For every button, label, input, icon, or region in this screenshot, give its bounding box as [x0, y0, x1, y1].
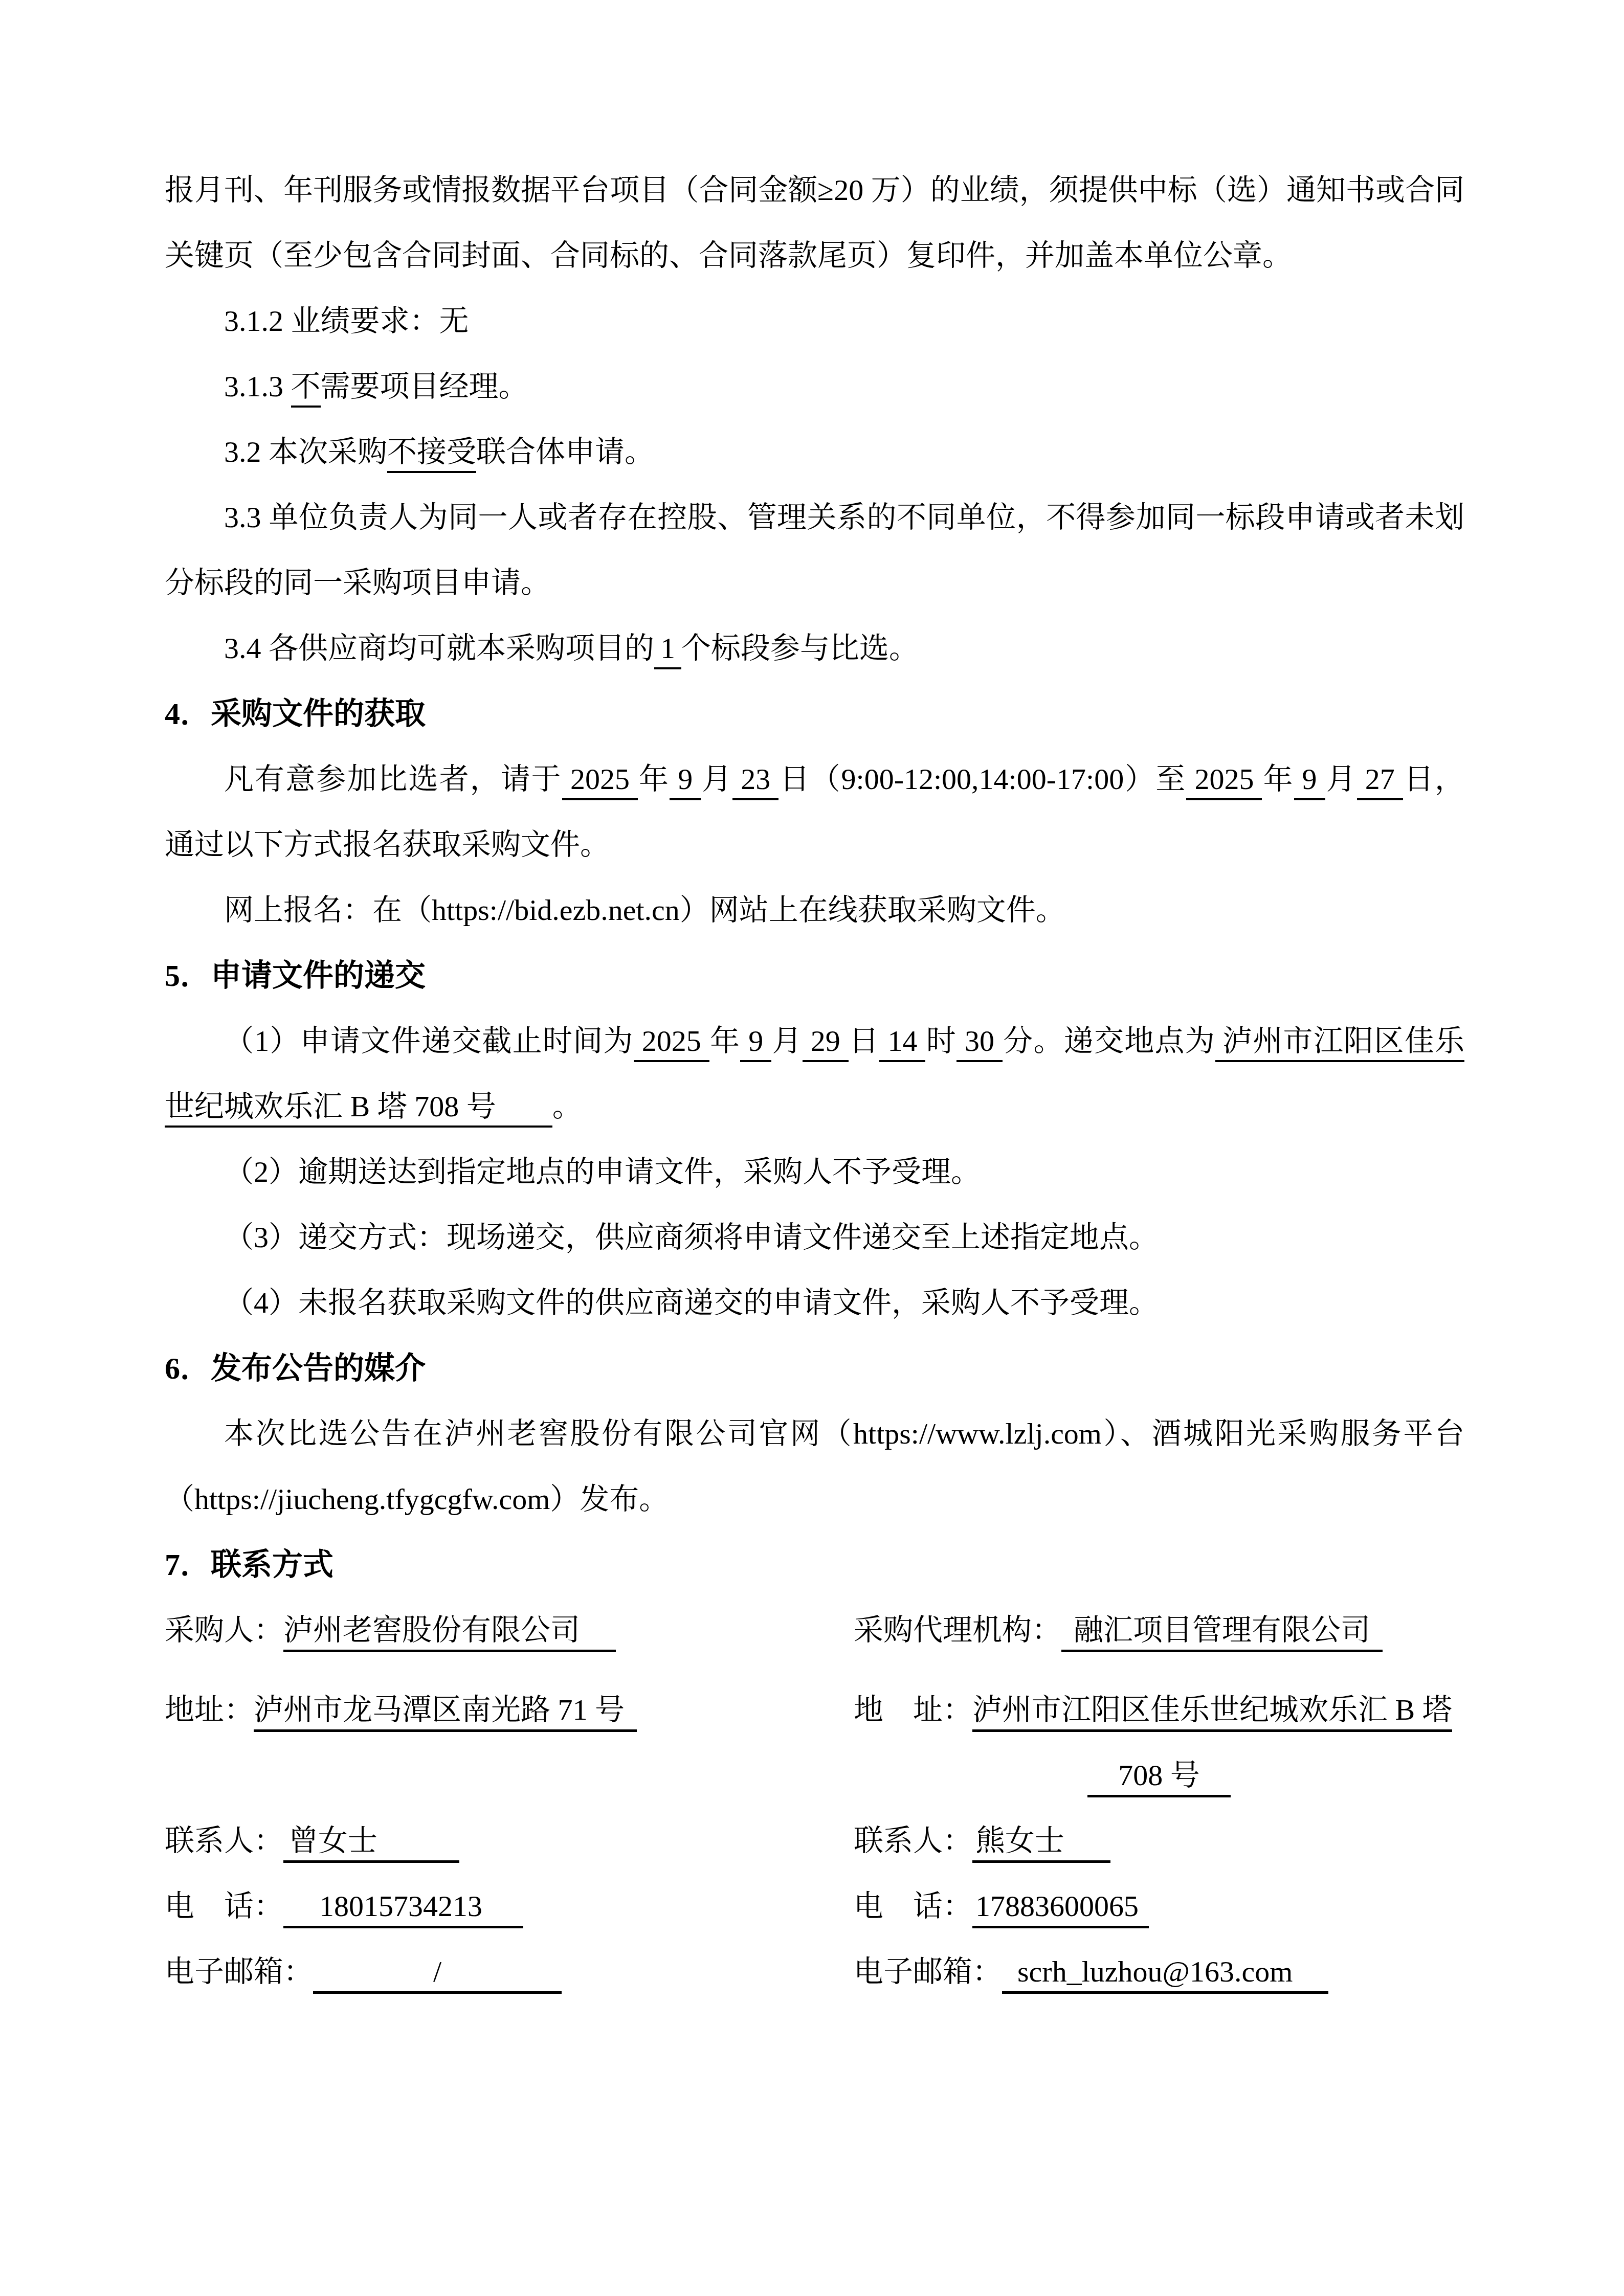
para-3-1-3: 3.1.3 不需要项目经理。 [165, 354, 1464, 419]
underlined-text: 1 [654, 632, 681, 669]
contact-row-persons: 联系人：曾女士 联系人：熊女士 [165, 1808, 1464, 1874]
filled-blank-year: 2025 [634, 1024, 709, 1062]
text-segment: 年 [638, 762, 670, 796]
buyer-contact-label: 联系人： [165, 1824, 283, 1857]
text-segment: 联合体申请。 [476, 435, 654, 468]
agent-contact-value: 熊女士 [972, 1824, 1110, 1863]
text-segment: 3.2 本次采购 [224, 435, 387, 468]
contact-row-emails: 电子邮箱：/ 电子邮箱：scrh_luzhou@163.com [165, 1939, 1464, 2005]
filled-blank-month: 9 [670, 762, 701, 800]
agent-address-value-line1: 泸州市江阳区佳乐世纪城欢乐汇 B 塔 [972, 1693, 1452, 1732]
filled-blank-day: 27 [1357, 762, 1403, 800]
filled-blank-year: 2025 [562, 762, 638, 800]
agent-email-value: scrh_luzhou@163.com [1002, 1955, 1328, 1994]
buyer-value: 泸州老窖股份有限公司 [283, 1613, 616, 1652]
text-segment: 分。递交地点为 [1003, 1024, 1215, 1057]
text-segment: （3）递交方式：现场递交，供应商须将申请文件递交至上述指定地点。 [224, 1221, 1159, 1254]
agent-contact-line: 联系人：熊女士 [854, 1808, 1464, 1874]
agent-phone-label: 电 话： [854, 1889, 972, 1923]
agent-line: 采购代理机构：融汇项目管理有限公司 [854, 1597, 1464, 1663]
buyer-address-value: 泸州市龙马潭区南光路 71 号 [254, 1693, 637, 1732]
buyer-email-line: 电子邮箱：/ [165, 1939, 854, 2005]
para-5-1: （1）申请文件递交截止时间为2025年9月29日14时30分。递交地点为泸州市江… [165, 1008, 1464, 1139]
text-segment: 网上报名：在（https://bid.ezb.net.cn）网站上在线获取采购文… [224, 893, 1065, 927]
contact-row-organizations: 采购人：泸州老窖股份有限公司 采购代理机构：融汇项目管理有限公司 [165, 1597, 1464, 1663]
filled-blank-minute: 30 [956, 1024, 1003, 1062]
para-6-1: 本次比选公告在泸州老窖股份有限公司官网（https://www.lzlj.com… [165, 1401, 1464, 1532]
text-segment: 月 [701, 762, 732, 796]
agent-address-value-line2: 708 号 [1087, 1759, 1231, 1797]
para-continuation: 报月刊、年刊服务或情报数据平台项目（合同金额≥20 万）的业绩，须提供中标（选）… [165, 157, 1464, 288]
document-page: 报月刊、年刊服务或情报数据平台项目（合同金额≥20 万）的业绩，须提供中标（选）… [0, 0, 1624, 2296]
buyer-email-label: 电子邮箱： [165, 1955, 313, 1988]
buyer-phone-label: 电 话： [165, 1889, 283, 1923]
text-segment: 需要项目经理。 [321, 370, 528, 403]
para-5-3: （3）递交方式：现场递交，供应商须将申请文件递交至上述指定地点。 [165, 1205, 1464, 1270]
para-5-2: （2）逾期送达到指定地点的申请文件，采购人不予受理。 [165, 1139, 1464, 1205]
buyer-phone-value: 18015734213 [283, 1889, 523, 1928]
buyer-address-label: 地址： [165, 1693, 254, 1726]
text-segment: 月 [1325, 762, 1357, 796]
contact-section: 采购人：泸州老窖股份有限公司 采购代理机构：融汇项目管理有限公司 地址：泸州市龙… [165, 1597, 1464, 2005]
text-segment: 3.1.2 业绩要求：无 [224, 304, 469, 337]
agent-email-line: 电子邮箱：scrh_luzhou@163.com [854, 1939, 1464, 2005]
agent-address-label: 地 址： [854, 1693, 972, 1726]
agent-address-line: 地 址：泸州市江阳区佳乐世纪城欢乐汇 B 塔708 号 [854, 1677, 1464, 1808]
text-segment: 时 [925, 1024, 956, 1057]
text-segment: （2）逾期送达到指定地点的申请文件，采购人不予受理。 [224, 1155, 981, 1188]
para-3-2: 3.2 本次采购不接受联合体申请。 [165, 419, 1464, 485]
text-segment: 凡有意参加比选者，请于 [224, 762, 562, 796]
buyer-email-value: / [313, 1955, 562, 1994]
buyer-label: 采购人： [165, 1613, 283, 1647]
agent-contact-label: 联系人： [854, 1824, 972, 1857]
filled-blank-month: 9 [740, 1024, 771, 1062]
text-segment: 日（9:00-12:00,14:00-17:00）至 [778, 762, 1186, 796]
text-segment: 个标段参与比选。 [681, 632, 919, 665]
agent-phone-value: 17883600065 [972, 1889, 1149, 1928]
section-heading-6: 6．发布公告的媒介 [165, 1336, 1464, 1401]
agent-address-line2: 708 号 [854, 1743, 1464, 1808]
agent-label: 采购代理机构： [854, 1613, 1061, 1647]
agent-email-label: 电子邮箱： [854, 1955, 1002, 1988]
underlined-text: 不接受 [387, 435, 476, 473]
para-4-2: 网上报名：在（https://bid.ezb.net.cn）网站上在线获取采购文… [165, 877, 1464, 943]
agent-value: 融汇项目管理有限公司 [1061, 1613, 1383, 1652]
text-segment: 3.3 单位负责人为同一人或者存在控股、管理关系的不同单位，不得参加同一标段申请… [165, 501, 1464, 599]
contact-row-addresses: 地址：泸州市龙马潭区南光路 71 号 地 址：泸州市江阳区佳乐世纪城欢乐汇 B … [165, 1677, 1464, 1808]
text-segment: 日 [849, 1024, 880, 1057]
para-3-1-2: 3.1.2 业绩要求：无 [165, 288, 1464, 354]
text-segment: （1）申请文件递交截止时间为 [224, 1024, 634, 1057]
filled-blank-month: 9 [1294, 762, 1325, 800]
section-heading-4: 4．采购文件的获取 [165, 681, 1464, 747]
section-heading-5: 5．申请文件的递交 [165, 943, 1464, 1008]
text-segment: 3.4 各供应商均可就本采购项目的 [224, 632, 654, 665]
para-5-4: （4）未报名获取采购文件的供应商递交的申请文件，采购人不予受理。 [165, 1270, 1464, 1336]
para-3-4: 3.4 各供应商均可就本采购项目的1个标段参与比选。 [165, 616, 1464, 681]
para-3-3: 3.3 单位负责人为同一人或者存在控股、管理关系的不同单位，不得参加同一标段申请… [165, 485, 1464, 616]
contact-row-phones: 电 话：18015734213 电 话：17883600065 [165, 1874, 1464, 1939]
text-segment: 。 [552, 1090, 582, 1123]
buyer-line: 采购人：泸州老窖股份有限公司 [165, 1597, 854, 1663]
buyer-phone-line: 电 话：18015734213 [165, 1874, 854, 1939]
text-segment: 报月刊、年刊服务或情报数据平台项目（合同金额≥20 万）的业绩，须提供中标（选）… [165, 173, 1464, 272]
text-segment: 月 [771, 1024, 803, 1057]
agent-phone-line: 电 话：17883600065 [854, 1874, 1464, 1939]
filled-blank-hour: 14 [879, 1024, 925, 1062]
text-segment: 年 [709, 1024, 741, 1057]
para-4-1: 凡有意参加比选者，请于2025年9月23日（9:00-12:00,14:00-1… [165, 747, 1464, 877]
text-segment: 年 [1262, 762, 1294, 796]
text-segment: 3.1.3 [224, 370, 291, 403]
filled-blank-day: 29 [803, 1024, 849, 1062]
buyer-contact-value: 曾女士 [283, 1824, 459, 1863]
filled-blank-year: 2025 [1186, 762, 1262, 800]
text-segment: 本次比选公告在泸州老窖股份有限公司官网（https://www.lzlj.com… [165, 1417, 1464, 1516]
section-heading-7: 7．联系方式 [165, 1532, 1464, 1597]
underlined-text: 不 [291, 370, 321, 408]
buyer-address-line: 地址：泸州市龙马潭区南光路 71 号 [165, 1677, 854, 1808]
filled-blank-day: 23 [732, 762, 778, 800]
buyer-contact-line: 联系人：曾女士 [165, 1808, 854, 1874]
text-segment: （4）未报名获取采购文件的供应商递交的申请文件，采购人不予受理。 [224, 1286, 1159, 1319]
